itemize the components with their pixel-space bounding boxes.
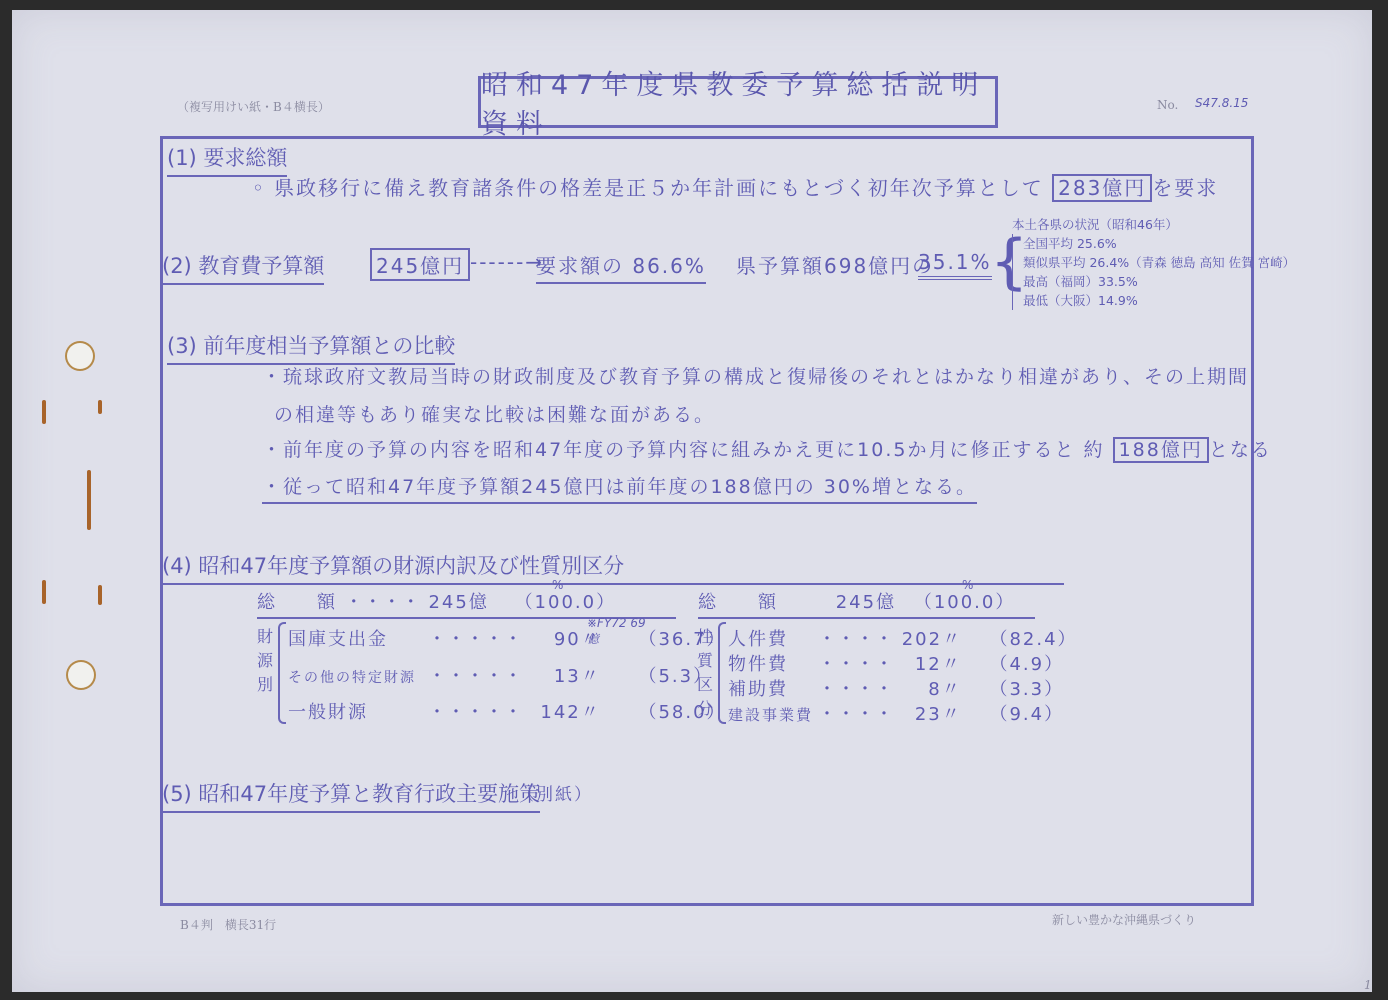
footer-left: B４判 横長31行	[180, 916, 276, 933]
left-row-label: 国庫支出金	[288, 625, 428, 651]
side-note: 本土各県の状況（昭和46年） 全国平均 25.6% 類似県平均 26.4%（青森…	[1012, 215, 1295, 310]
side-note-title: 本土各県の状況（昭和46年）	[1012, 215, 1295, 234]
right-row-value: 23〃	[902, 700, 962, 726]
section3-heading: (3) 前年度相当予算額との比較	[167, 330, 455, 365]
left-total-value: 245億	[428, 592, 488, 613]
left-row: 一般財源・・・・・ 142〃 （58.0）	[288, 698, 727, 724]
right-row-label: 建設事業費	[728, 704, 818, 725]
right-total-row: 総 額 245億 （100.0）	[698, 588, 1035, 619]
section2-pref-text: 県予算額698億円の	[736, 250, 934, 279]
document-title: 昭和47年度県教委予算総括説明資料	[478, 76, 998, 128]
rust-mark	[87, 470, 91, 530]
left-row-value: 90〃	[531, 625, 601, 651]
footer-right: 新しい豊かな沖縄県づくり	[1052, 911, 1196, 928]
section2-amount-box: 245億円	[370, 248, 470, 281]
document-date: S47.8.15	[1195, 96, 1248, 110]
section1-amount-box: 283億円	[1052, 174, 1152, 202]
section2-arrow: ------→	[470, 250, 544, 274]
paper-type-label: （複写用けい紙・B４横長）	[177, 98, 330, 115]
right-row-label: 物件費	[728, 650, 818, 676]
rust-mark	[98, 400, 102, 414]
left-row-value: 142〃	[531, 698, 601, 724]
right-total-pct: （100.0）	[914, 592, 1016, 613]
right-row-label: 人件費	[728, 625, 818, 651]
section3-bullet2-suffix: となる	[1209, 439, 1272, 461]
side-note-item: 類似県平均 26.4%（青森 徳島 高知 佐賀 宮崎）	[1023, 253, 1295, 272]
side-note-item: 最高（福岡）33.5%	[1023, 272, 1295, 291]
rust-mark	[98, 585, 102, 605]
rust-mark	[42, 400, 46, 424]
section3-bullet2: ・前年度の予算の内容を昭和47年度の予算内容に組みかえ更に10.5か月に修正する…	[262, 435, 1272, 462]
left-group-bracket	[278, 622, 286, 724]
right-row-label: 補助費	[728, 675, 818, 701]
left-row-value: 13〃	[531, 662, 601, 688]
left-row-label: 一般財源	[288, 698, 428, 724]
right-total-label: 総 額	[698, 592, 778, 613]
left-row: 国庫支出金・・・・・ 90〃 （36.7）	[288, 625, 727, 651]
section3-bullet1-line1: ・琉球政府文教局当時の財政制度及び教育予算の構成と復帰後のそれとはかなり相違があ…	[262, 362, 1249, 389]
section3-bullet3: ・従って昭和47年度予算額245億円は前年度の188億円の 30%増となる。	[262, 472, 977, 504]
left-row: その他の特定財源・・・・・ 13〃 （5.3）	[288, 662, 713, 688]
section2-heading: (2) 教育費予算額	[162, 250, 324, 285]
section5-suffix: （別紙）	[517, 780, 593, 805]
section1-text: 県政移行に備え教育諸条件の格差是正５か年計画にもとづく初年次予算として	[274, 176, 1044, 200]
number-label: No.	[1157, 98, 1178, 112]
left-total-label: 総 額	[257, 592, 337, 613]
section3-bullet2-text: ・前年度の予算の内容を昭和47年度の予算内容に組みかえ更に10.5か月に修正する…	[262, 439, 1105, 461]
section1-suffix: を要求	[1152, 176, 1218, 200]
rust-mark	[42, 580, 46, 604]
section3-amount-box: 188億円	[1113, 437, 1209, 463]
left-total-pct: （100.0）	[515, 592, 617, 613]
right-group-label: 性質区分	[696, 625, 714, 721]
right-row-pct: （3.3）	[989, 679, 1064, 700]
left-row-label: その他の特定財源	[288, 667, 428, 687]
left-group-label: 財源別	[256, 625, 274, 697]
right-row-value: 12〃	[902, 650, 962, 676]
section5-heading: (5) 昭和47年度予算と教育行政主要施策	[162, 778, 540, 813]
right-row-pct: （82.4）	[989, 629, 1077, 650]
side-note-item: 全国平均 25.6%	[1023, 234, 1295, 253]
section3-bullet1-line2: の相違等もあり確実な比較は困難な面がある。	[274, 400, 715, 427]
right-group-bracket	[718, 622, 726, 724]
right-row: 人件費・・・・ 202〃 （82.4）	[728, 625, 1078, 651]
right-row-pct: （4.9）	[989, 654, 1064, 675]
binding-hole-top	[67, 343, 93, 369]
right-total-value: 245億	[836, 592, 896, 613]
right-row: 建設事業費・・・・ 23〃 （9.4）	[728, 700, 1064, 726]
section2-pref-ratio: 35.1%	[918, 250, 992, 280]
binding-hole-bottom	[68, 662, 94, 688]
section4-heading: (4) 昭和47年度予算額の財源内訳及び性質別区分	[162, 550, 1064, 585]
document-sheet: （複写用けい紙・B４横長） 昭和47年度県教委予算総括説明資料 No. S47.…	[12, 10, 1372, 992]
section1-bullet: ◦ 県政移行に備え教育諸条件の格差是正５か年計画にもとづく初年次予算として 28…	[252, 172, 1218, 201]
right-pct-unit: %	[962, 578, 973, 592]
right-row: 物件費・・・・ 12〃 （4.9）	[728, 650, 1064, 676]
right-row: 補助費・・・・ 8〃 （3.3）	[728, 675, 1064, 701]
left-pct-unit: %	[552, 578, 563, 592]
right-row-value: 202〃	[902, 625, 962, 651]
right-row-value: 8〃	[902, 675, 962, 701]
right-row-pct: （9.4）	[989, 704, 1064, 725]
left-total-row: 総 額 ・・・・ 245億 （100.0）	[257, 588, 676, 619]
page-mark: 1	[1364, 978, 1372, 992]
section2-ratio: 要求額の 86.6%	[536, 250, 706, 284]
side-note-item: 最低（大阪）14.9%	[1023, 291, 1295, 310]
